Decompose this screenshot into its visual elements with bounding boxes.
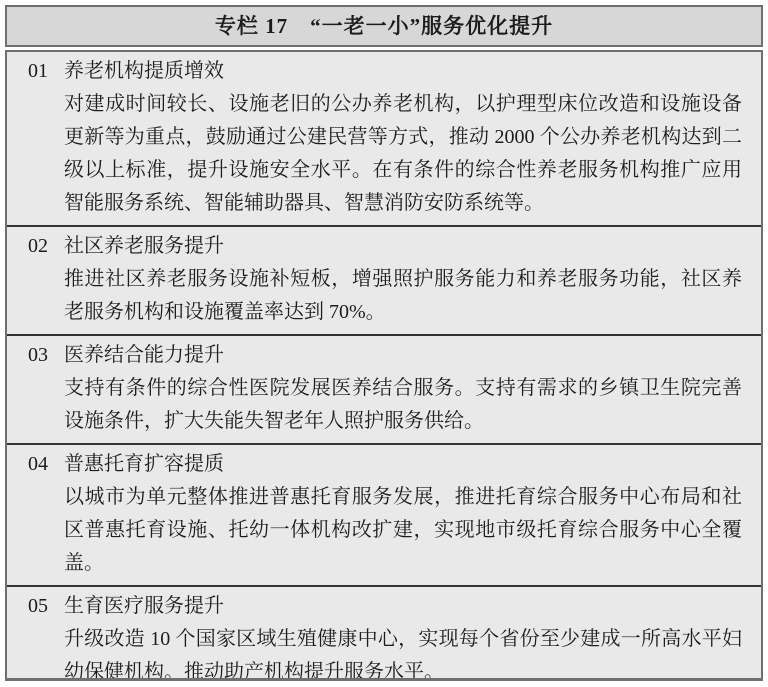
section-number: 02 (28, 230, 64, 263)
panel-section-05: 05 生育医疗服务提升 升级改造 10 个国家区域生殖健康中心，实现每个省份至少… (7, 585, 761, 681)
document-page: 专栏 17 “一老一小”服务优化提升 01 养老机构提质增效 对建成时间较长、设… (0, 0, 768, 687)
panel-section-04: 04 普惠托育扩容提质 以城市为单元整体推进普惠托育服务发展，推进托育综合服务中… (7, 443, 761, 585)
section-body-text: 升级改造 10 个国家区域生殖健康中心，实现每个省份至少建成一所高水平妇幼保健机… (64, 623, 742, 681)
section-heading: 05 生育医疗服务提升 (28, 590, 742, 623)
section-heading: 03 医养结合能力提升 (28, 339, 742, 372)
section-body-text: 对建成时间较长、设施老旧的公办养老机构，以护理型床位改造和设施设备更新等为重点，… (64, 88, 742, 220)
panel-title: 专栏 17 “一老一小”服务优化提升 (5, 5, 763, 47)
section-number: 03 (28, 339, 64, 372)
section-number: 01 (28, 55, 64, 88)
section-heading: 02 社区养老服务提升 (28, 230, 742, 263)
section-body-text: 支持有条件的综合性医院发展医养结合服务。支持有需求的乡镇卫生院完善设施条件，扩大… (64, 372, 742, 438)
panel-section-02: 02 社区养老服务提升 推进社区养老服务设施补短板，增强照护服务能力和养老服务功… (7, 225, 761, 334)
section-body-text: 以城市为单元整体推进普惠托育服务发展，推进托育综合服务中心布局和社区普惠托育设施… (64, 481, 742, 580)
section-title: 医养结合能力提升 (64, 339, 742, 372)
section-heading: 01 养老机构提质增效 (28, 55, 742, 88)
panel-section-01: 01 养老机构提质增效 对建成时间较长、设施老旧的公办养老机构，以护理型床位改造… (7, 52, 761, 225)
section-body-text: 推进社区养老服务设施补短板，增强照护服务能力和养老服务功能，社区养老服务机构和设… (64, 263, 742, 329)
section-number: 05 (28, 590, 64, 623)
section-title: 社区养老服务提升 (64, 230, 742, 263)
panel-body: 01 养老机构提质增效 对建成时间较长、设施老旧的公办养老机构，以护理型床位改造… (5, 50, 763, 681)
section-title: 养老机构提质增效 (64, 55, 742, 88)
section-title: 生育医疗服务提升 (64, 590, 742, 623)
section-heading: 04 普惠托育扩容提质 (28, 448, 742, 481)
panel-section-03: 03 医养结合能力提升 支持有条件的综合性医院发展医养结合服务。支持有需求的乡镇… (7, 334, 761, 443)
section-title: 普惠托育扩容提质 (64, 448, 742, 481)
section-number: 04 (28, 448, 64, 481)
